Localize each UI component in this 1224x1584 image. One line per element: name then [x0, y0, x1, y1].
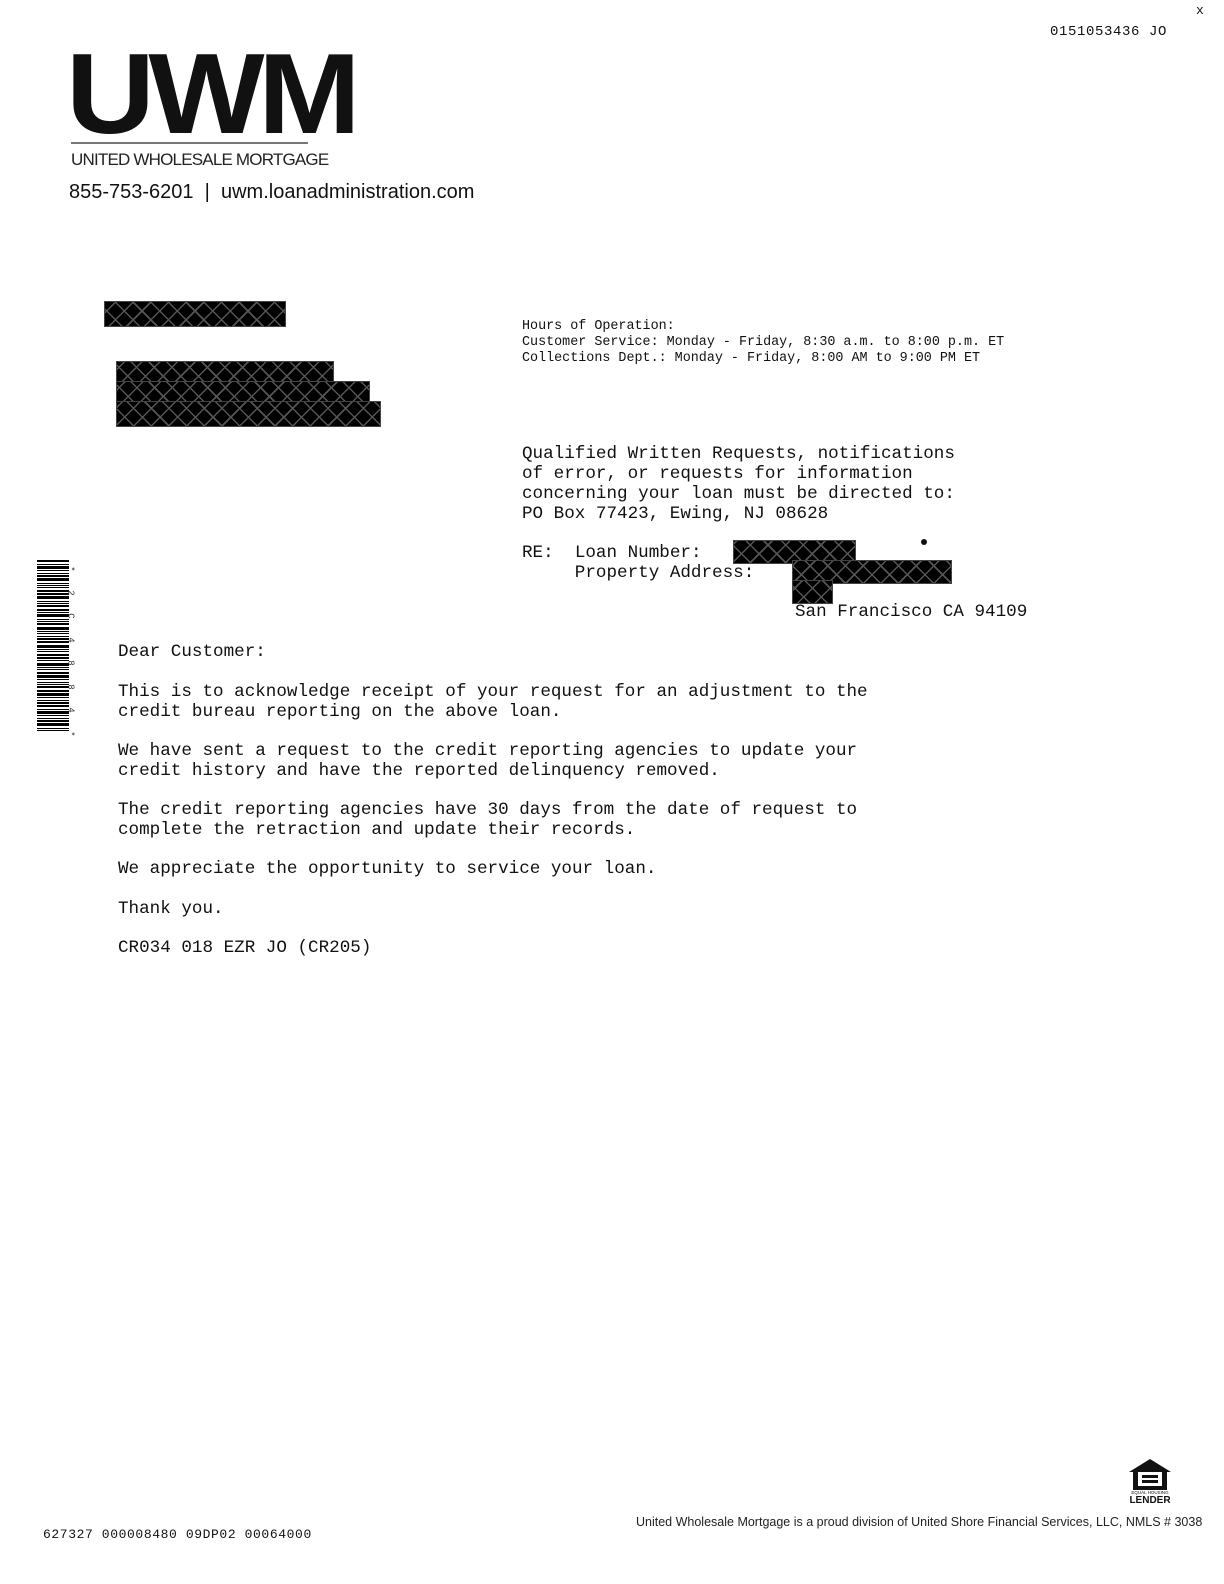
paragraph-line: This is to acknowledge receipt of your r…: [118, 682, 868, 702]
recipient-address-redacted-3: [116, 401, 381, 427]
barcode-char: 8: [66, 684, 76, 689]
barcode-char: 4: [66, 708, 76, 713]
salutation: Dear Customer:: [118, 642, 266, 662]
paragraph-line: complete the retraction and update their…: [118, 820, 857, 840]
paragraph-line: credit history and have the reported del…: [118, 761, 857, 781]
hours-title: Hours of Operation:: [522, 319, 1004, 335]
closing: Thank you.: [118, 899, 224, 919]
stray-dot: [921, 539, 927, 545]
re-label: RE:: [522, 543, 554, 563]
barcode-char: *: [66, 731, 76, 736]
contact-line: 855-753-6201 | uwm.loanadministration.co…: [69, 181, 474, 204]
barcode-char: *: [66, 566, 76, 571]
uwm-logo: UWM: [66, 38, 354, 152]
hours-collections: Collections Dept.: Monday - Friday, 8:00…: [522, 351, 1004, 367]
corner-mark: x: [1196, 3, 1204, 18]
division-note: United Wholesale Mortgage is a proud div…: [636, 1515, 1202, 1529]
barcode-chars: *2C4884*: [68, 560, 80, 735]
qwr-line: of error, or requests for information: [522, 464, 955, 484]
document-id: 0151053436 JO: [1050, 24, 1167, 40]
barcode-char: 2: [66, 590, 76, 595]
reference-block: RE: Loan Number: Property Address:: [522, 543, 754, 583]
qwr-notice: Qualified Written Requests, notification…: [522, 444, 955, 524]
property-address-redacted-2: [792, 580, 833, 604]
paragraph-request-sent: We have sent a request to the credit rep…: [118, 741, 857, 781]
logo-subtitle: UNITED WHOLESALE MORTGAGE: [71, 150, 328, 170]
paragraph-line: credit bureau reporting on the above loa…: [118, 702, 868, 722]
barcode-char: 8: [66, 661, 76, 666]
logo-divider: [71, 142, 308, 144]
barcode-char: C: [66, 613, 76, 618]
paragraph-line: The credit reporting agencies have 30 da…: [118, 800, 857, 820]
ehl-large-text: LENDER: [1127, 1495, 1173, 1506]
barcode: [37, 560, 69, 735]
hours-of-operation: Hours of Operation:Customer Service: Mon…: [522, 319, 1004, 367]
hours-customer-service: Customer Service: Monday - Friday, 8:30 …: [522, 335, 1004, 351]
property-address-label: Property Address:: [575, 563, 755, 583]
recipient-address-redacted-2: [116, 381, 370, 403]
recipient-address-redacted-1: [116, 361, 334, 383]
letter-code: CR034 018 EZR JO (CR205): [118, 938, 371, 958]
paragraph-30-days: The credit reporting agencies have 30 da…: [118, 800, 857, 840]
qwr-address: PO Box 77423, Ewing, NJ 08628: [522, 504, 955, 524]
loan-number-label: Loan Number:: [575, 543, 702, 563]
qwr-line: concerning your loan must be directed to…: [522, 484, 955, 504]
barcode-char: 4: [66, 637, 76, 642]
qwr-line: Qualified Written Requests, notification…: [522, 444, 955, 464]
paragraph-appreciate: We appreciate the opportunity to service…: [118, 859, 656, 879]
tracking-code: 627327 000008480 09DP02 00064000: [43, 1527, 312, 1542]
recipient-name-redacted: [104, 301, 286, 327]
paragraph-line: We have sent a request to the credit rep…: [118, 741, 857, 761]
paragraph-acknowledge: This is to acknowledge receipt of your r…: [118, 682, 868, 722]
property-city: San Francisco CA 94109: [795, 602, 1027, 622]
